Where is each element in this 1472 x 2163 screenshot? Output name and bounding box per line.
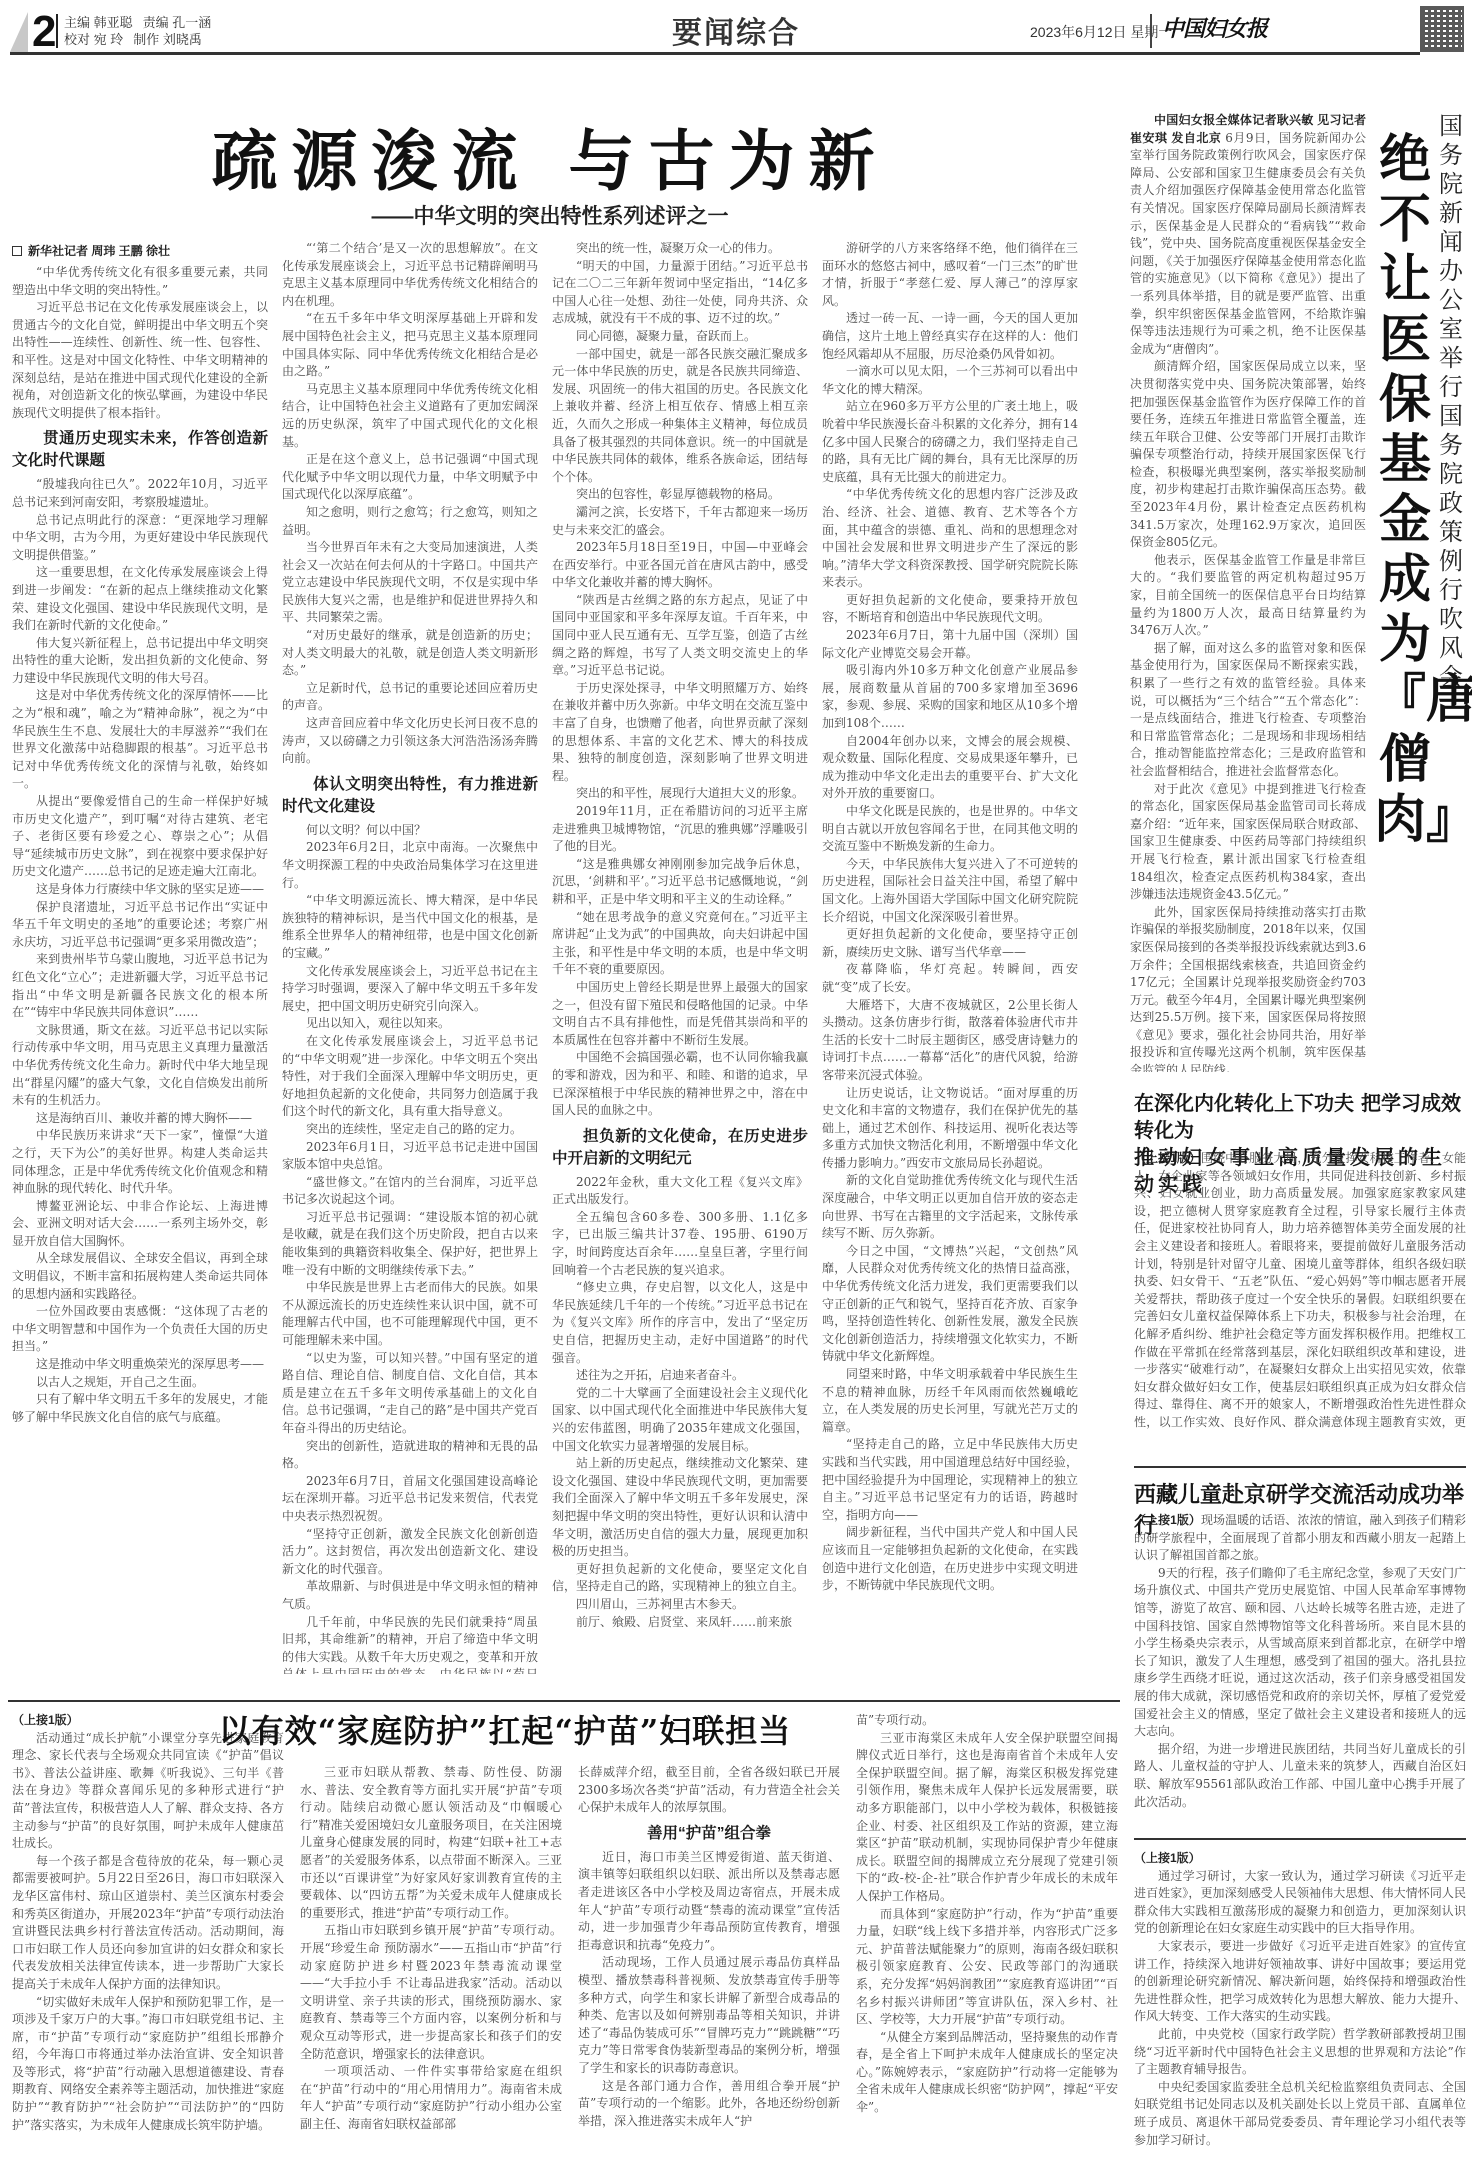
continued-from-page-tag: （上接1版） — [1134, 1513, 1201, 1527]
continued-from-page-tag: （上接1版） — [1134, 1151, 1201, 1165]
feature-headline: 疏源浚流 与古为新 — [0, 108, 1100, 203]
paragraph: 而具体到“家庭防护”行动，作为“护苗”重要力量，妇联“线上线下多措并举，内容形式… — [856, 1906, 1118, 2029]
paragraph: 一滴水可以见太阳，一个三苏祠可以看出中华文化的博大精深。 — [822, 363, 1078, 398]
paragraph: 阔步新征程，当代中国共产党人和中国人民应该而且一定能够担负起新的文化使命，在实践… — [822, 1524, 1078, 1594]
qr-code-icon[interactable] — [1420, 6, 1464, 52]
paragraph: 习近平总书记在文化传承发展座谈会上，以贯通古今的文化自觉，鲜明提出中华文明五个突… — [12, 299, 268, 422]
paragraph: 此外，国家医保局持续推动落实打击欺诈骗保的举报奖励制度，2018年以来，仅国家医… — [1130, 904, 1366, 1072]
paragraph: 2022年金秋，重大文化工程《复兴文库》正式出版发行。 — [552, 1174, 808, 1209]
paragraph: 这一重要思想，在文化传承发展座谈会上得到进一步阐发：“在新的起点上继续推动文化繁… — [12, 564, 268, 634]
paragraph: 大雁塔下，大唐不夜城就区，2公里长街人头攒动。这条仿唐步行街，散落着体验唐代市井… — [822, 997, 1078, 1085]
paragraph: 在文化传承发展座谈会上，习近平总书记的“中华文明观”进一步深化。中华文明五个突出… — [282, 1033, 538, 1121]
section-heading: 贯通历史现实未来，作答创造新文化时代课题 — [12, 428, 268, 472]
feature-column-2: “‘第二个结合’是又一次的思想解放”。在文化传承发展座谈会上，习近平总书记精辟阐… — [282, 240, 538, 1674]
paragraph: 党的二十大擘画了全面建设社会主义现代化国家、以中国式现代化全面推进中华民族伟大复… — [552, 1385, 808, 1455]
paragraph: “殷墟我向往已久”。2022年10月，习近平总书记来到河南安阳，考察殷墟遗址。 — [12, 476, 268, 511]
feature-column-3: 突出的统一性，凝聚万众一心的伟力。“明天的中国，力量源于团结。”习近平总书记在二… — [552, 240, 808, 1674]
story-divider — [1134, 1466, 1466, 1468]
sidebar-headline-vertical: 绝不让医保基金成为『唐僧肉』 — [1374, 130, 1436, 850]
paragraph: “明天的中国，力量源于团结。”习近平总书记在二〇二三年新年贺词中坚定指出，“14… — [552, 258, 808, 328]
paragraph: “中华优秀传统文化有很多重要元素，共同塑造出中华文明的突出特性。” — [12, 264, 268, 299]
paragraph: 每一个孩子都是含苞待放的花朵，每一颗心灵都需要被呵护。5月22日至26日，海口市… — [12, 1853, 284, 1994]
paragraph: 文脉贯通，斯文在兹。习近平总书记以实际行动传承中华文明，用马克思主义真理力量激活… — [12, 1022, 268, 1110]
paragraph: 于历史深处探寻，中华文明照耀万方、始终在兼收并蓄中历久弥新。中华文明在交流互鉴中… — [552, 680, 808, 786]
paragraph: 灞河之滨，长安塔下，千年古都迎来一场历史与未来交汇的盛会。 — [552, 504, 808, 539]
story-divider — [1134, 1838, 1466, 1840]
paragraph: 全五编包含60多卷、300多册、1.1亿多字，已出版三编共计37卷、195册、6… — [552, 1209, 808, 1279]
paragraph: 这是身体力行赓续中华文脉的坚实足迹—— — [12, 881, 268, 899]
paragraph: 四川眉山，三苏祠里古木参天。 — [552, 1596, 808, 1614]
paragraph: “切实做好未成年人保护和预防犯罪工作，是一项涉及千家万户的大事。”海口市妇联党组… — [12, 1994, 284, 2135]
paragraph: 见出以知入，观往以知来。 — [282, 1015, 538, 1033]
paragraph: “在五千多年中华文明深厚基础上开辟和发展中国特色社会主义，把马克思主义基本原理同… — [282, 310, 538, 380]
paragraph: 前厅、飨殿、启贤堂、来凤轩……前来旅 — [552, 1614, 808, 1632]
paragraph: 述往为之开拓，启迪来者奋斗。 — [552, 1367, 808, 1385]
paragraph: “‘第二个结合’是又一次的思想解放”。在文化传承发展座谈会上，习近平总书记精辟阐… — [282, 240, 538, 310]
paragraph: 站立在960多万平方公里的广袤土地上，吸吮着中华民族漫长奋斗积累的文化养分，拥有… — [822, 398, 1078, 486]
sidebar-story-body: 中国妇女报全媒体记者耿兴敏 见习记者崔安琪 发自北京 6月9日，国务院新闻办公室… — [1130, 112, 1366, 1072]
paragraph: 2023年6月7日，首届文化强国建设高峰论坛在深圳开幕。习近平总书记发来贺信，代… — [282, 1473, 538, 1526]
women-story-body: （上接1版）围绕中心服务大局，充分发挥女科技工作者、女能人、女企业家等各领域妇女… — [1134, 1150, 1466, 1430]
paragraph: “中华优秀传统文化的思想内容广泛涉及政治、经济、社会、道德、教育、艺术等各个方面… — [822, 486, 1078, 592]
date-divider — [1150, 14, 1152, 48]
paragraph: “陕西是古丝绸之路的东方起点，见证了中国同中亚国家和平多年深厚友谊。千百年来，中… — [552, 592, 808, 680]
paragraph: 从全球发展倡议、全球安全倡议，再到全球文明倡议，不断丰富和拓展构建人类命运共同体… — [12, 1250, 268, 1303]
paragraph: （上接1版）现场温暖的话语、浓浓的情谊，融入到孩子们精彩的研学旅程中，全面展现了… — [1134, 1512, 1466, 1565]
paragraph: “她在思考战争的意义究竟何在。”习近平主席讲起“止戈为武”的中国典故，向夫妇讲起… — [552, 909, 808, 979]
paragraph: 中华民族历来讲求“天下一家”，憧憬“大道之行，天下为公”的美好世界。构建人类命运… — [12, 1127, 268, 1197]
paragraph: 正是在这个意义上，总书记强调“中国式现代化赋予中华文明以现代力量，中华文明赋予中… — [282, 451, 538, 504]
paragraph: 一项项活动、一件件实事带给家庭在组织在“护苗”行动中的“用心用情用力”。海南省未… — [300, 2063, 562, 2133]
paragraph: 2023年5月18日至19日，中国—中亚峰会在西安举行。中亚各国元首在唐风古韵中… — [552, 539, 808, 592]
paragraph: 这是推动中华文明重焕荣光的深厚思考—— — [12, 1356, 268, 1374]
paragraph: 更好担负起新的文化使命，要秉持开放包容，不断培育和创造出中华民族现代文明。 — [822, 592, 1078, 627]
dateline: 中国妇女报全媒体记者耿兴敏 见习记者崔安琪 发自北京 — [1130, 113, 1366, 145]
paragraph: 三亚市妇联从帮教、禁毒、防性侵、防溺水、普法、安全教育等方面扎实开展“护苗”专项… — [300, 1764, 562, 1922]
paragraph: 今天，中华民族伟大复兴进入了不可逆转的历史进程，国际社会日益关注中国，希望了解中… — [822, 856, 1078, 926]
paragraph: “对历史最好的继承，就是创造新的历史；对人类文明最大的礼敬，就是创造人类文明新形… — [282, 627, 538, 680]
paragraph: 吸引海内外10多万种文化创意产业展品参展，展商数量从首届的700多家增加至369… — [822, 662, 1078, 732]
paragraph: 一位外国政要由衷感慨：“这体现了古老的中华文明智慧和中国作为一个负责任大国的历史… — [12, 1303, 268, 1356]
section-heading: 体认文明突出特性，有力推进新时代文化建设 — [282, 774, 538, 818]
paragraph: 今日之中国，“文博热”兴起，“文创热”风靡，人民群众对优秀传统文化的热情日益高涨… — [822, 1243, 1078, 1366]
paragraph: 这声音回应着中华文化历史长河日夜不息的涛声，又以磅礴之力引领这条大河浩浩汤汤奔腾… — [282, 715, 538, 768]
paragraph: 苗”专项行动。 — [856, 1712, 1118, 1730]
women-headline-line-1: 在深化内化转化上下功夫 把学习成效转化为 — [1134, 1090, 1464, 1144]
masthead-rule — [10, 52, 1420, 55]
paragraph: 此前，中央党校（国家行政学院）哲学教研部教授胡卫围绕“习近平新时代中国特色社会主… — [1134, 2026, 1466, 2079]
hainan-story-column-3: 苗”专项行动。三亚市海棠区未成年人安全保护联盟空间揭牌仪式近日举行，这也是海南省… — [856, 1712, 1118, 2158]
paragraph: “修史立典，存史启智，以文化人，这是中华民族延续几千年的一个传统。”习近平总书记… — [552, 1279, 808, 1367]
paragraph: 从提出“要像爱惜自己的生命一样保护好城市历史文化遗产”，到叮嘱“对待古建筑、老宅… — [12, 793, 268, 881]
paragraph: 自2004年创办以来，文博会的展会规模、观众数量、国际化程度、交易成果逐年攀升，… — [822, 733, 1078, 803]
paragraph: 更好担负起新的文化使命，要坚定文化自信，坚持走自己的路，实现精神上的独立自主。 — [552, 1561, 808, 1596]
sidebar-kicker-vertical: 国务院新闻办公室举行国务院政策例行吹风会 — [1437, 112, 1465, 692]
paragraph: 这是对中华优秀传统文化的深厚情怀——比之为“根和魂”，喻之为“精神命脉”，视之为… — [12, 687, 268, 793]
feature-column-1: “中华优秀传统文化有很多重要元素，共同塑造出中华文明的突出特性。”习近平总书记在… — [12, 264, 268, 1674]
paragraph: 保护良渚遗址，习近平总书记作出“实证中华五千年文明史的圣地”的重要论述；考察广州… — [12, 899, 268, 952]
paragraph: 只有了解中华文明五千多年的发展史，才能够了解中华民族文化自信的底气与底蕴。 — [12, 1391, 268, 1426]
paragraph: 何以文明？何以中国？ — [282, 822, 538, 840]
paragraph: “从健全方案到品牌活动，坚持聚焦的动作青春，是全省上下呵护未成年人健康成长的坚定… — [856, 2029, 1118, 2117]
paragraph: 2023年6月7日，第十九届中国（深圳）国际文化产业博览交易会开幕。 — [822, 627, 1078, 662]
paragraph: 马克思主义基本原理同中华优秀传统文化相结合，让中国特色社会主义道路有了更加宏阔深… — [282, 381, 538, 451]
paragraph: “坚持守正创新，激发全民族文化创新创造活力”。这封贺信，再次发出创造新文化、建设… — [282, 1526, 538, 1579]
bottom-section-rule — [8, 1700, 1120, 1702]
paragraph: 突出的连续性，坚定走自己的路的定力。 — [282, 1121, 538, 1139]
paragraph: 五指山市妇联到乡镇开展“护苗”专项行动。开展“珍爱生命 预防溺水”——五指山市“… — [300, 1922, 562, 2063]
paragraph: 几千年前，中华民族的先民们就秉持“周虽旧邦，其命维新”的精神，开启了缔造中华文明… — [282, 1614, 538, 1674]
paragraph: 活动现场，工作人员通过展示毒品仿真样品模型、播放禁毒科普视频、发放禁毒宣传手册等… — [578, 1954, 840, 2077]
paragraph: 这是各部门通力合作，善用组合拳开展“护苗”专项行动的一个缩影。此外，各地还纷纷创… — [578, 2078, 840, 2131]
feature-subheadline: ——中华文明的突出特性系列述评之一 — [0, 200, 1100, 230]
masthead: 2 主编 韩亚聪责编 孔一涵 校对 宛 玲制作 刘晓禹 要闻综合 2023年6月… — [0, 0, 1472, 58]
paragraph: 以古人之规矩，开自己之生面。 — [12, 1374, 268, 1392]
paragraph: 站上新的历史起点，继续推动文化繁荣、建设文化强国、建设中华民族现代文明，更加需要… — [552, 1455, 808, 1561]
paragraph: 大家表示，要进一步做好《习近平走进百姓家》的宣传宣讲工作，持续深入地讲好领袖故事… — [1134, 1938, 1466, 2026]
byline-box-icon — [12, 246, 22, 256]
byline-text: 新华社记者 周玮 王鹏 徐壮 — [28, 244, 170, 258]
paragraph: 9天的行程，孩子们瞻仰了毛主席纪念堂，参观了天安门广场升旗仪式、中国共产党历史展… — [1134, 1565, 1466, 1741]
paragraph: 同心同德，凝聚力量，奋跃而上。 — [552, 328, 808, 346]
paragraph: “以史为鉴，可以知兴替。”中国有坚定的道路自信、理论自信、制度自信、文化自信，其… — [282, 1350, 538, 1438]
paragraph: “盛世修文。”在馆内的兰台洞库，习近平总书记多次说起这个词。 — [282, 1174, 538, 1209]
paragraph: 同望来时路，中华文明承载着中华民族生生不息的精神血脉，历经千年风雨而依然巍峨屹立… — [822, 1366, 1078, 1436]
feature-column-4: 游研学的八方来客络绎不绝，他们徜徉在三面环水的悠悠古祠中，感叹着“一门三杰”的旷… — [822, 240, 1078, 1674]
hainan-story-column-2: 长薛威萍介绍，截至目前，全省各级妇联已开展2300多场次各类“护苗”活动，有力营… — [578, 1764, 840, 2158]
hainan-story-column-1: 三亚市妇联从帮教、禁毒、防性侵、防溺水、普法、安全教育等方面扎实开展“护苗”专项… — [300, 1764, 562, 2158]
paragraph: 伟大复兴新征程上，总书记提出中华文明突出特性的重大论断，发出担负新的文化使命、努… — [12, 635, 268, 688]
paragraph: 中华文化既是民族的，也是世界的。中华文明自古就以开放包容闻名于世，在同其他文明的… — [822, 803, 1078, 856]
paragraph: 据介绍，为进一步增进民族团结，共同当好儿童成长的引路人、儿童权益的守护人、儿童未… — [1134, 1741, 1466, 1811]
paragraph: 中国绝不会搞国强必霸，也不认同你输我赢的零和游戏，因为和平、和睦、和谐的追求，早… — [552, 1049, 808, 1119]
paragraph: 对于此次《意见》中提到推进飞行检查的常态化，国家医保局基金监管司司长蒋成嘉介绍：… — [1130, 781, 1366, 904]
paragraph: 来到贵州毕节乌蒙山腹地，习近平总书记为红色文化“立心”；走进新疆大学，习近平总书… — [12, 951, 268, 1021]
paragraph: 2019年11月，正在希腊访问的习近平主席走进雅典卫城博物馆，“沉思的雅典娜”浮… — [552, 803, 808, 856]
paragraph: 一部中国史，就是一部各民族交融汇聚成多元一体中华民族的历史，就是各民族共同缔造、… — [552, 346, 808, 487]
paragraph: 让历史说话，让文物说话。“面对厚重的历史文化和丰富的文物遗存，我们在保护优先的基… — [822, 1085, 1078, 1173]
paragraph: 突出的统一性，凝聚万众一心的伟力。 — [552, 240, 808, 258]
paragraph: 总书记点明此行的深意：“更深地学习理解中华文明，古为今用，为更好建设中华民族现代… — [12, 512, 268, 565]
paragraph: “坚持走自己的路，立足中华民族伟大历史实践和当代实践，用中国道理总结好中国经验，… — [822, 1436, 1078, 1524]
paragraph: “这是雅典娜女神刚刚参加完战争后休息，沉思，‘剑耕和平’。”习近平总书记感慨地说… — [552, 856, 808, 909]
paragraph: 知之愈明，则行之愈笃；行之愈笃，则知之益明。 — [282, 504, 538, 539]
paragraph: 通过学习研讨，大家一致认为，通过学习研读《习近平走进百姓家》，更加深刻感受人民领… — [1134, 1868, 1466, 1938]
paragraph: 三亚市海棠区未成年人安全保护联盟空间揭牌仪式近日举行，这也是海南省首个未成年人安… — [856, 1730, 1118, 1906]
paragraph: 这是海纳百川、兼收并蓄的博大胸怀—— — [12, 1110, 268, 1128]
tibet-story-body: （上接1版）现场温暖的话语、浓浓的情谊，融入到孩子们精彩的研学旅程中，全面展现了… — [1134, 1512, 1466, 1812]
hainan-story-headline: 以有效“家庭防护”扛起“护苗”妇联担当 — [185, 1706, 825, 1752]
paragraph: 颜清辉介绍，国家医保局成立以来，坚决贯彻落实党中央、国务院决策部署，始终把加强医… — [1130, 358, 1366, 552]
paragraph: 当今世界百年未有之大变局加速演进，人类社会又一次站在何去何从的十字路口。中国共产… — [282, 539, 538, 627]
paragraph: 博鳌亚洲论坛、中非合作论坛、上海进博会、亚洲文明对话大会……一系列主场外交，彰显… — [12, 1198, 268, 1251]
newspaper-logo: 中国妇女报 — [1162, 12, 1267, 43]
paragraph: 他表示，医保基金监管工作量是非常巨大的。“我们要监管的两定机构超过95万家，目前… — [1130, 552, 1366, 640]
paragraph: 长薛威萍介绍，截至目前，全省各级妇联已开展2300多场次各类“护苗”活动，有力营… — [578, 1764, 840, 1817]
section-heading: 善用“护苗”组合拳 — [578, 1823, 840, 1845]
paragraph: 文化传承发展座谈会上，习近平总书记在主持学习时强调，要深入了解中华文明五千多年发… — [282, 963, 538, 1016]
paragraph: 革故鼎新、与时俱进是中华文明永恒的精神气质。 — [282, 1578, 538, 1613]
paragraph: 立足新时代，总书记的重要论述回应着历史的声音。 — [282, 680, 538, 715]
paragraph: 游研学的八方来客络绎不绝，他们徜徉在三面环水的悠悠古祠中，感叹着“一门三杰”的旷… — [822, 240, 1078, 310]
paragraph: 更好担负起新的文化使命，要坚持守正创新，赓续历史文脉、谱写当代华章—— — [822, 926, 1078, 961]
section-heading: 担负新的文化使命，在历史进步中开启新的文明纪元 — [552, 1126, 808, 1170]
paragraph: 夜幕降临，华灯亮起。转瞬间，西安就“变”成了长安。 — [822, 961, 1078, 996]
paragraph: 突出的包容性，彰显厚德载物的格局。 — [552, 486, 808, 504]
feature-byline: 新华社记者 周玮 王鹏 徐壮 — [12, 242, 170, 259]
paragraph: 突出的创新性，造就进取的精神和无畏的品格。 — [282, 1438, 538, 1473]
paragraph: 中国妇女报全媒体记者耿兴敏 见习记者崔安琪 发自北京 6月9日，国务院新闻办公室… — [1130, 112, 1366, 358]
paragraph: “中华文明源远流长、博大精深，是中华民族独特的精神标识，是当代中国文化的根基，是… — [282, 892, 538, 962]
paragraph: 习近平总书记强调：“建设版本馆的初心就是收藏，就是在我们这个历史阶段，把自古以来… — [282, 1209, 538, 1279]
continued-from-page-tag: （上接1版） — [1134, 1850, 1466, 1868]
paragraph: （上接1版）围绕中心服务大局，充分发挥女科技工作者、女能人、女企业家等各领域妇女… — [1134, 1150, 1466, 1430]
paragraph: 2023年6月2日，北京中南海。一次聚焦中华文明探源工程的中央政治局集体学习在这… — [282, 839, 538, 892]
paragraph: 中国历史上曾经长期是世界上最强大的国家之一，但没有留下殖民和侵略他国的记录。中华… — [552, 979, 808, 1049]
paragraph: 透过一砖一瓦、一诗一画，今天的国人更加确信，这片土地上曾经真实存在这样的人：他们… — [822, 310, 1078, 363]
hainan-continued-body: （上接1版）活动通过“成长护航”小课堂分享先进家庭教育理念、家长代表与全场观众共… — [12, 1712, 284, 2158]
paragraph: 中华民族是世界上古老而伟大的民族。如果不从源远流长的历史连续性来认识中国，就不可… — [282, 1279, 538, 1349]
paragraph: 近日，海口市美兰区博爱街道、蓝天街道、演丰镇等妇联组织以妇联、派出所以及禁毒志愿… — [578, 1849, 840, 1955]
paragraph: 新的文化自觉助推优秀传统文化与现代生活深度融合，中华文明正以更加自信开放的姿态走… — [822, 1172, 1078, 1242]
paragraph: 2023年6月1日，习近平总书记走进中国国家版本馆中央总馆。 — [282, 1139, 538, 1174]
paragraph: 中央纪委国家监委驻全总机关纪检监察组负责同志、全国妇联党组书记处同志以及机关副处… — [1134, 2079, 1466, 2149]
paragraph: 据了解，面对这么多的监管对象和医保基金使用行为，国家医保局不断探索实践，积累了一… — [1130, 640, 1366, 781]
study-story-body: （上接1版）通过学习研讨，大家一致认为，通过学习研读《习近平走进百姓家》，更加深… — [1134, 1850, 1466, 2160]
paragraph: 突出的和平性，展现行大道担大义的形象。 — [552, 785, 808, 803]
